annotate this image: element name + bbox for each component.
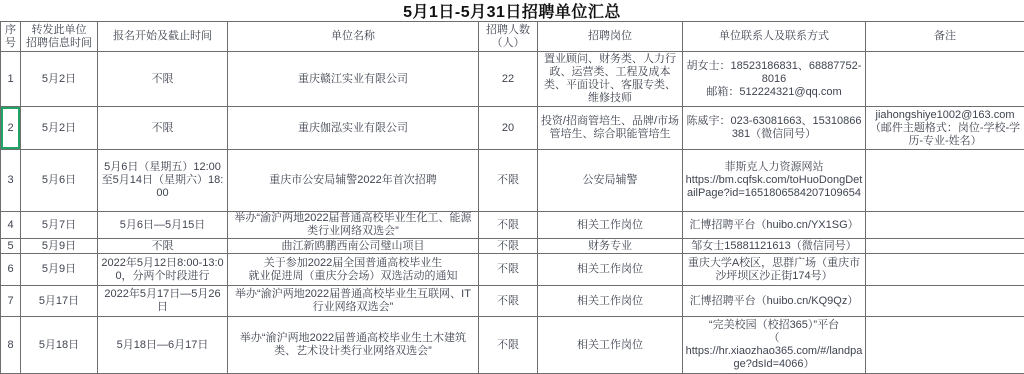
- cell[interactable]: 重庆赣江实业有限公司: [228, 52, 479, 107]
- cell[interactable]: [866, 317, 1024, 374]
- cell[interactable]: 胡女士：18523186831、68887752-8016 邮箱：5122243…: [683, 52, 866, 107]
- cell[interactable]: 8: [1, 317, 21, 374]
- selected-cell[interactable]: 2: [1, 107, 21, 150]
- table-row: 85月18日5月18日—6月17日举办“渝沪两地2022届普通高校毕业生土木建筑…: [1, 317, 1024, 374]
- cell[interactable]: 重庆市公安局辅警2022年首次招聘: [228, 150, 479, 212]
- cell[interactable]: 汇博招聘平台（huibo.cn/YX1SG）: [683, 212, 866, 239]
- cell[interactable]: 曲江新鸥鹏西南公司璧山项目: [228, 239, 479, 254]
- cell[interactable]: 5月2日: [21, 52, 98, 107]
- cell[interactable]: 汇博招聘平台（huibo.cn/KQ9Qz）: [683, 286, 866, 317]
- cell[interactable]: 5月9日: [21, 239, 98, 254]
- table-row: 75月17日2022年5月17日—5月26日举办“渝沪两地2022届普通高校毕业…: [1, 286, 1024, 317]
- cell[interactable]: 举办“渝沪两地2022届普通高校毕业生化工、能源类行业网络双选会”: [228, 212, 479, 239]
- cell[interactable]: 相关工作岗位: [538, 317, 683, 374]
- cell[interactable]: [866, 52, 1024, 107]
- cell[interactable]: 不限: [479, 286, 538, 317]
- table-row: 25月2日不限重庆伽泓实业有限公司20投资/招商管培生、品牌/市场管培生、综合职…: [1, 107, 1024, 150]
- cell[interactable]: 不限: [479, 150, 538, 212]
- cell[interactable]: 重庆伽泓实业有限公司: [228, 107, 479, 150]
- table-row: 65月9日2022年5月12日8:00-13:00，分两个时段进行关于参加202…: [1, 254, 1024, 286]
- cell[interactable]: 邹女士15881121613（微信同号）: [683, 239, 866, 254]
- cell[interactable]: jiahongshiye1002@163.com（邮件主题格式：岗位-学校-学历…: [866, 107, 1024, 150]
- cell[interactable]: 置业顾问、财务类、人力行政、运营类、工程及成本类、平面设计、客服专类、维修技师: [538, 52, 683, 107]
- column-header[interactable]: 招聘人数 （人）: [479, 22, 538, 52]
- cell[interactable]: 不限: [98, 239, 228, 254]
- cell[interactable]: 相关工作岗位: [538, 254, 683, 286]
- cell[interactable]: 2022年5月12日8:00-13:00，分两个时段进行: [98, 254, 228, 286]
- page-title: 5月1日-5月31日招聘单位汇总: [0, 0, 1024, 21]
- cell[interactable]: 举办“渝沪两地2022届普通高校毕业生互联网、IT行业网络双选会”: [228, 286, 479, 317]
- cell[interactable]: 5月6日: [21, 150, 98, 212]
- cell[interactable]: 5: [1, 239, 21, 254]
- cell[interactable]: 陈威宇：023-63081663、15310866381（微信同号）: [683, 107, 866, 150]
- column-header[interactable]: 备注: [866, 22, 1024, 52]
- cell[interactable]: 重庆大学A校区，思群广场（重庆市沙坪坝区沙正街174号）: [683, 254, 866, 286]
- column-header[interactable]: 单位名称: [228, 22, 479, 52]
- recruitment-table: 序号转发此单位 招聘信息时间报名开始及截止时间单位名称招聘人数 （人）招聘岗位单…: [0, 21, 1024, 374]
- cell[interactable]: 20: [479, 107, 538, 150]
- cell[interactable]: 相关工作岗位: [538, 286, 683, 317]
- column-header[interactable]: 序号: [1, 22, 21, 52]
- cell[interactable]: [866, 212, 1024, 239]
- column-header[interactable]: 转发此单位 招聘信息时间: [21, 22, 98, 52]
- table-row: 55月9日不限曲江新鸥鹏西南公司璧山项目不限财务专业邹女士15881121613…: [1, 239, 1024, 254]
- cell[interactable]: 5月18日—6月17日: [98, 317, 228, 374]
- cell[interactable]: 5月6日（星期五）12:00至5月14日（星期六）18:00: [98, 150, 228, 212]
- cell[interactable]: 5月17日: [21, 286, 98, 317]
- header-row: 序号转发此单位 招聘信息时间报名开始及截止时间单位名称招聘人数 （人）招聘岗位单…: [1, 22, 1024, 52]
- cell[interactable]: 公安局辅警: [538, 150, 683, 212]
- cell[interactable]: 菲斯克人力资源网站 https://bm.cqfsk.com/toHuoDong…: [683, 150, 866, 212]
- cell[interactable]: 3: [1, 150, 21, 212]
- table-row: 45月7日5月6日—5月15日举办“渝沪两地2022届普通高校毕业生化工、能源类…: [1, 212, 1024, 239]
- table-row: 15月2日不限重庆赣江实业有限公司22置业顾问、财务类、人力行政、运营类、工程及…: [1, 52, 1024, 107]
- cell[interactable]: 不限: [479, 254, 538, 286]
- column-header[interactable]: 招聘岗位: [538, 22, 683, 52]
- cell[interactable]: 不限: [98, 107, 228, 150]
- cell[interactable]: [866, 254, 1024, 286]
- cell[interactable]: 不限: [479, 317, 538, 374]
- spreadsheet-viewport: 5月1日-5月31日招聘单位汇总 序号转发此单位 招聘信息时间报名开始及截止时间…: [0, 0, 1024, 374]
- cell[interactable]: 财务专业: [538, 239, 683, 254]
- cell[interactable]: 2022年5月17日—5月26日: [98, 286, 228, 317]
- cell[interactable]: 相关工作岗位: [538, 212, 683, 239]
- cell[interactable]: 22: [479, 52, 538, 107]
- cell[interactable]: 4: [1, 212, 21, 239]
- column-header[interactable]: 报名开始及截止时间: [98, 22, 228, 52]
- cell[interactable]: 不限: [479, 212, 538, 239]
- cell[interactable]: 关于参加2022届全国普通高校毕业生 就业促进周（重庆分会场）双选活动的通知: [228, 254, 479, 286]
- cell[interactable]: “完美校园（校招365）”平台 （ https://hr.xiaozhao365…: [683, 317, 866, 374]
- table-body: 15月2日不限重庆赣江实业有限公司22置业顾问、财务类、人力行政、运营类、工程及…: [1, 52, 1024, 374]
- cell[interactable]: 5月7日: [21, 212, 98, 239]
- cell[interactable]: [866, 286, 1024, 317]
- cell[interactable]: 5月2日: [21, 107, 98, 150]
- cell[interactable]: [866, 239, 1024, 254]
- cell[interactable]: 5月6日—5月15日: [98, 212, 228, 239]
- cell[interactable]: 5月9日: [21, 254, 98, 286]
- cell[interactable]: 投资/招商管培生、品牌/市场管培生、综合职能管培生: [538, 107, 683, 150]
- cell[interactable]: 不限: [98, 52, 228, 107]
- cell[interactable]: 不限: [479, 239, 538, 254]
- table-row: 35月6日5月6日（星期五）12:00至5月14日（星期六）18:00重庆市公安…: [1, 150, 1024, 212]
- column-header[interactable]: 单位联系人及联系方式: [683, 22, 866, 52]
- cell[interactable]: 5月18日: [21, 317, 98, 374]
- cell[interactable]: 6: [1, 254, 21, 286]
- table-header: 序号转发此单位 招聘信息时间报名开始及截止时间单位名称招聘人数 （人）招聘岗位单…: [1, 22, 1024, 52]
- cell[interactable]: [866, 150, 1024, 212]
- cell[interactable]: 1: [1, 52, 21, 107]
- cell[interactable]: 举办“渝沪两地2022届普通高校毕业生土木建筑类、艺术设计类行业网络双选会”: [228, 317, 479, 374]
- cell[interactable]: 7: [1, 286, 21, 317]
